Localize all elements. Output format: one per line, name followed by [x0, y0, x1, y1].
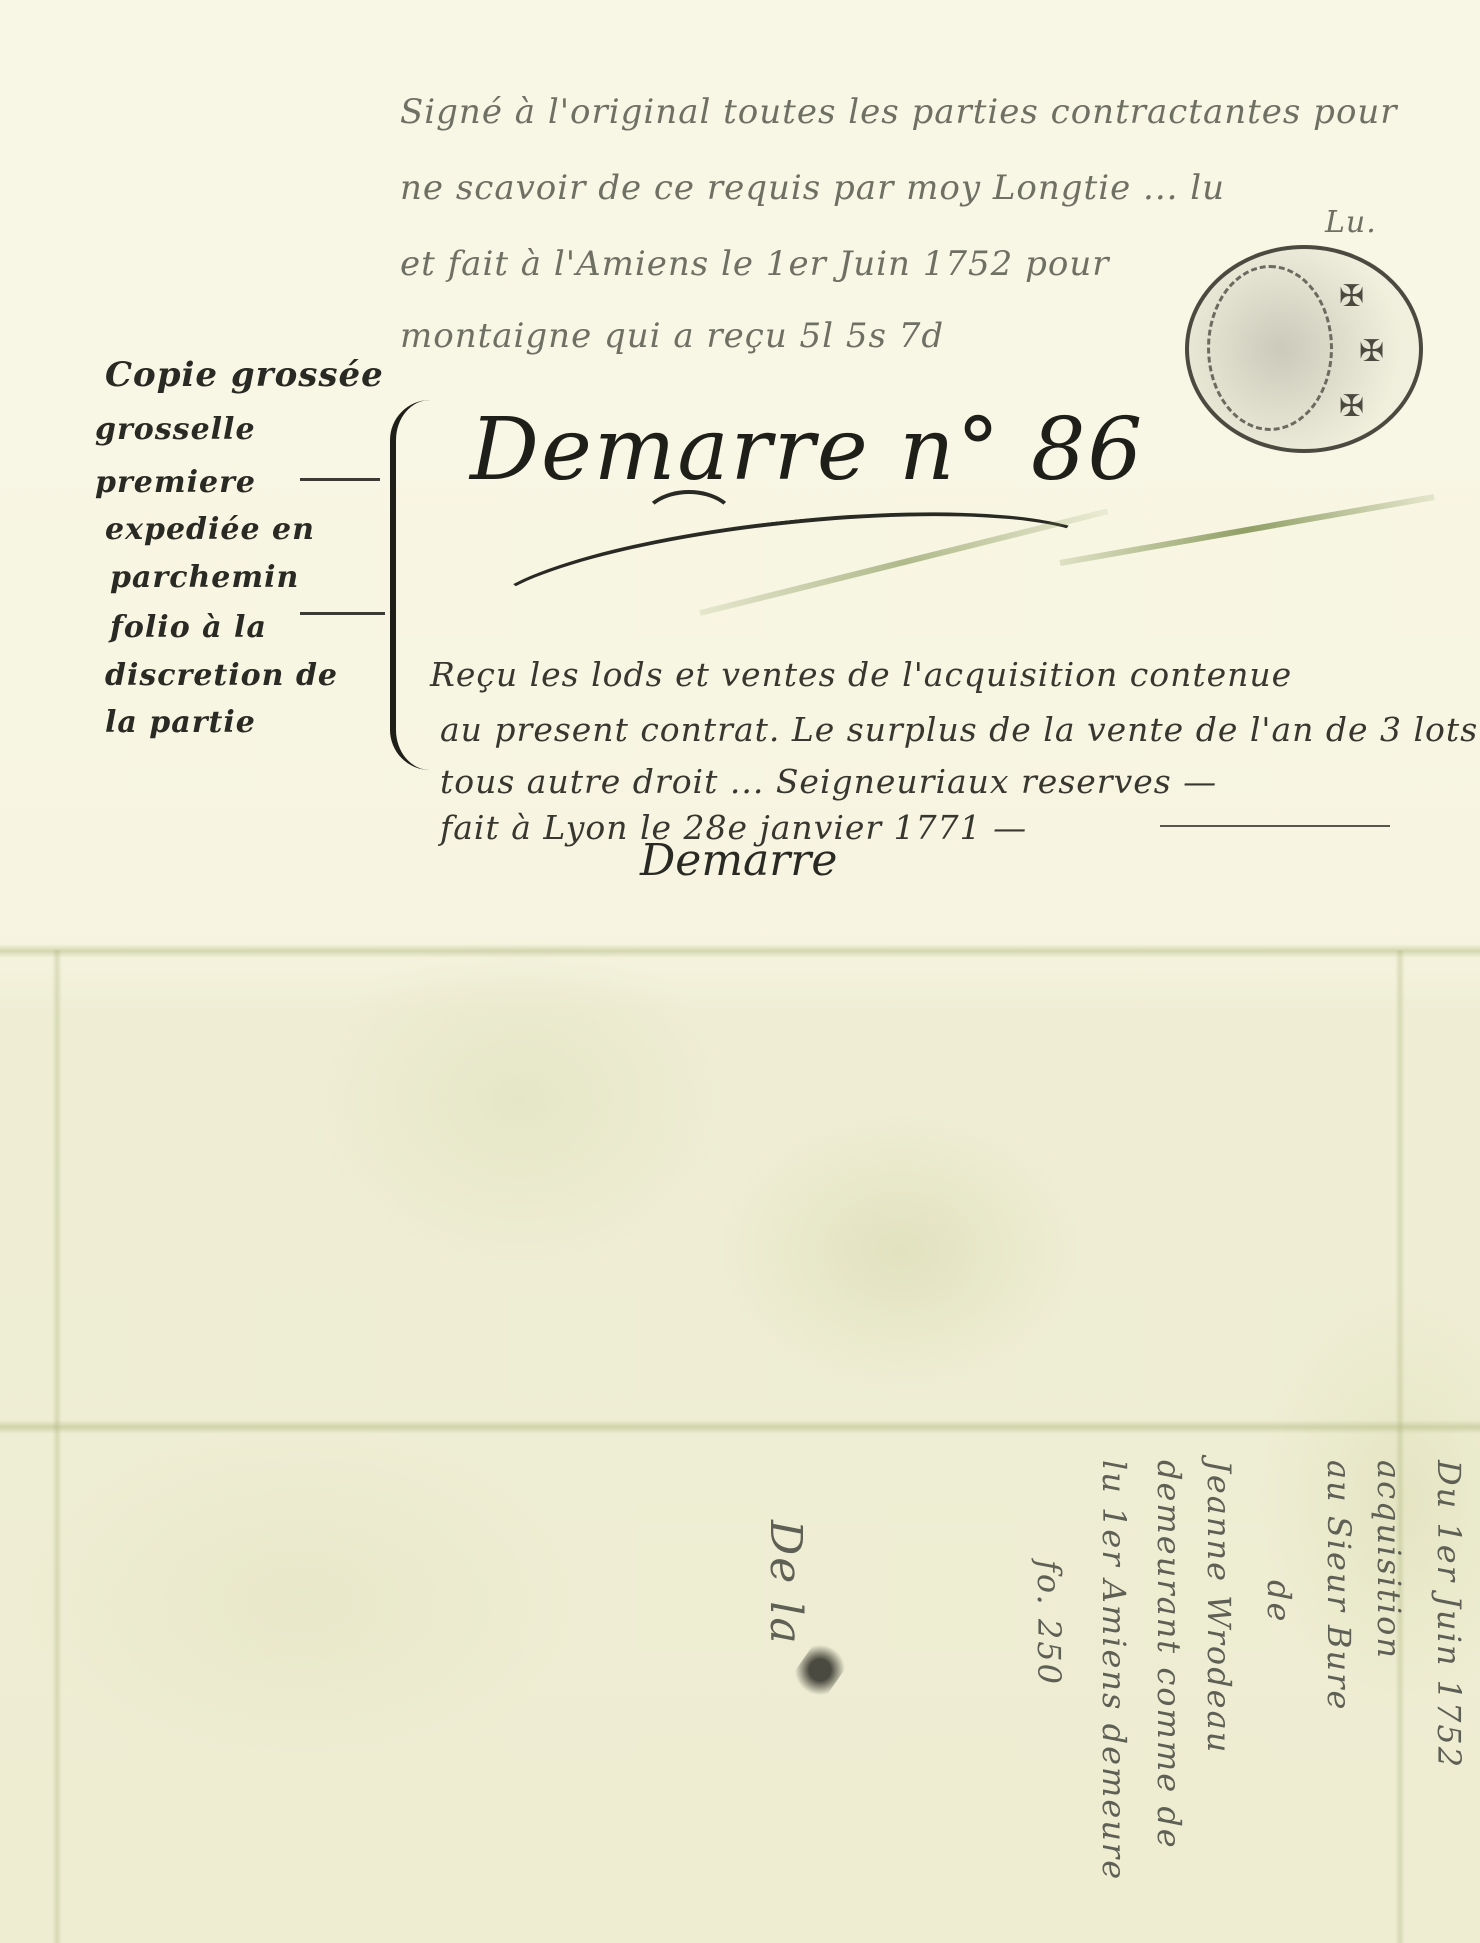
superscript-note: Lu. — [1325, 205, 1377, 240]
signature-flourish — [475, 488, 1113, 681]
margin-line: expediée en — [105, 512, 315, 547]
cross-icon: ✠ — [1359, 334, 1384, 369]
docket-line: Du 1er Juin 1752 — [1430, 1460, 1468, 1769]
docket-line: Jeanne Wrodeau — [1200, 1460, 1238, 1754]
fold-crease-vertical — [52, 950, 62, 1943]
margin-line: premiere — [95, 465, 256, 500]
margin-line: la partie — [105, 705, 256, 740]
margin-line: parchemin — [110, 560, 299, 595]
margin-rule — [300, 612, 385, 615]
seal-inner-ring — [1207, 265, 1333, 431]
docket-line: fo. 250 — [1030, 1560, 1068, 1686]
docket-line: De la — [760, 1520, 811, 1646]
margin-line: folio à la — [110, 610, 267, 645]
top-line: ne scavoir de ce requis par moy Longtie … — [400, 168, 1225, 208]
cross-icon: ✠ — [1339, 389, 1364, 424]
body-line: au present contrat. Le surplus de la ven… — [440, 710, 1478, 749]
top-line: Signé à l'original toutes les parties co… — [400, 92, 1398, 132]
document-page: Signé à l'original toutes les parties co… — [0, 0, 1480, 1943]
margin-line: discretion de — [105, 658, 338, 693]
body-line: tous autre droit ... Seigneuriaux reserv… — [440, 762, 1217, 801]
fold-crease-horizontal — [0, 944, 1480, 958]
brace-stroke — [390, 400, 446, 770]
margin-line: grosselle — [95, 412, 256, 447]
top-line: montaigne qui a reçu 5l 5s 7d — [400, 316, 944, 356]
signature-secondary: Demarre — [640, 835, 837, 886]
docket-line: acquisition — [1370, 1460, 1408, 1660]
top-line: et fait à l'Amiens le 1er Juin 1752 pour — [400, 244, 1109, 284]
rotated-docket: Du 1er Juin 1752 acquisition au Sieur Bu… — [730, 1460, 1470, 1930]
body-line: Reçu les lods et ventes de l'acquisition… — [430, 655, 1292, 694]
margin-rule — [300, 478, 380, 481]
docket-line: au Sieur Bure — [1320, 1460, 1358, 1711]
cross-icon: ✠ — [1339, 279, 1364, 314]
signature-curl — [640, 490, 738, 558]
signature-stroke — [1059, 494, 1434, 566]
closing-rule — [1160, 825, 1390, 827]
docket-line: de — [1260, 1580, 1298, 1623]
signature-main: Demarre n° 86 — [470, 400, 1144, 500]
seal-stamp: ✠ ✠ ✠ — [1185, 245, 1423, 453]
fold-crease-horizontal — [0, 1420, 1480, 1434]
docket-line: demeurant comme de — [1150, 1460, 1188, 1850]
margin-line: Copie grossée — [105, 355, 384, 395]
docket-line: lu 1er Amiens demeure — [1095, 1460, 1133, 1881]
